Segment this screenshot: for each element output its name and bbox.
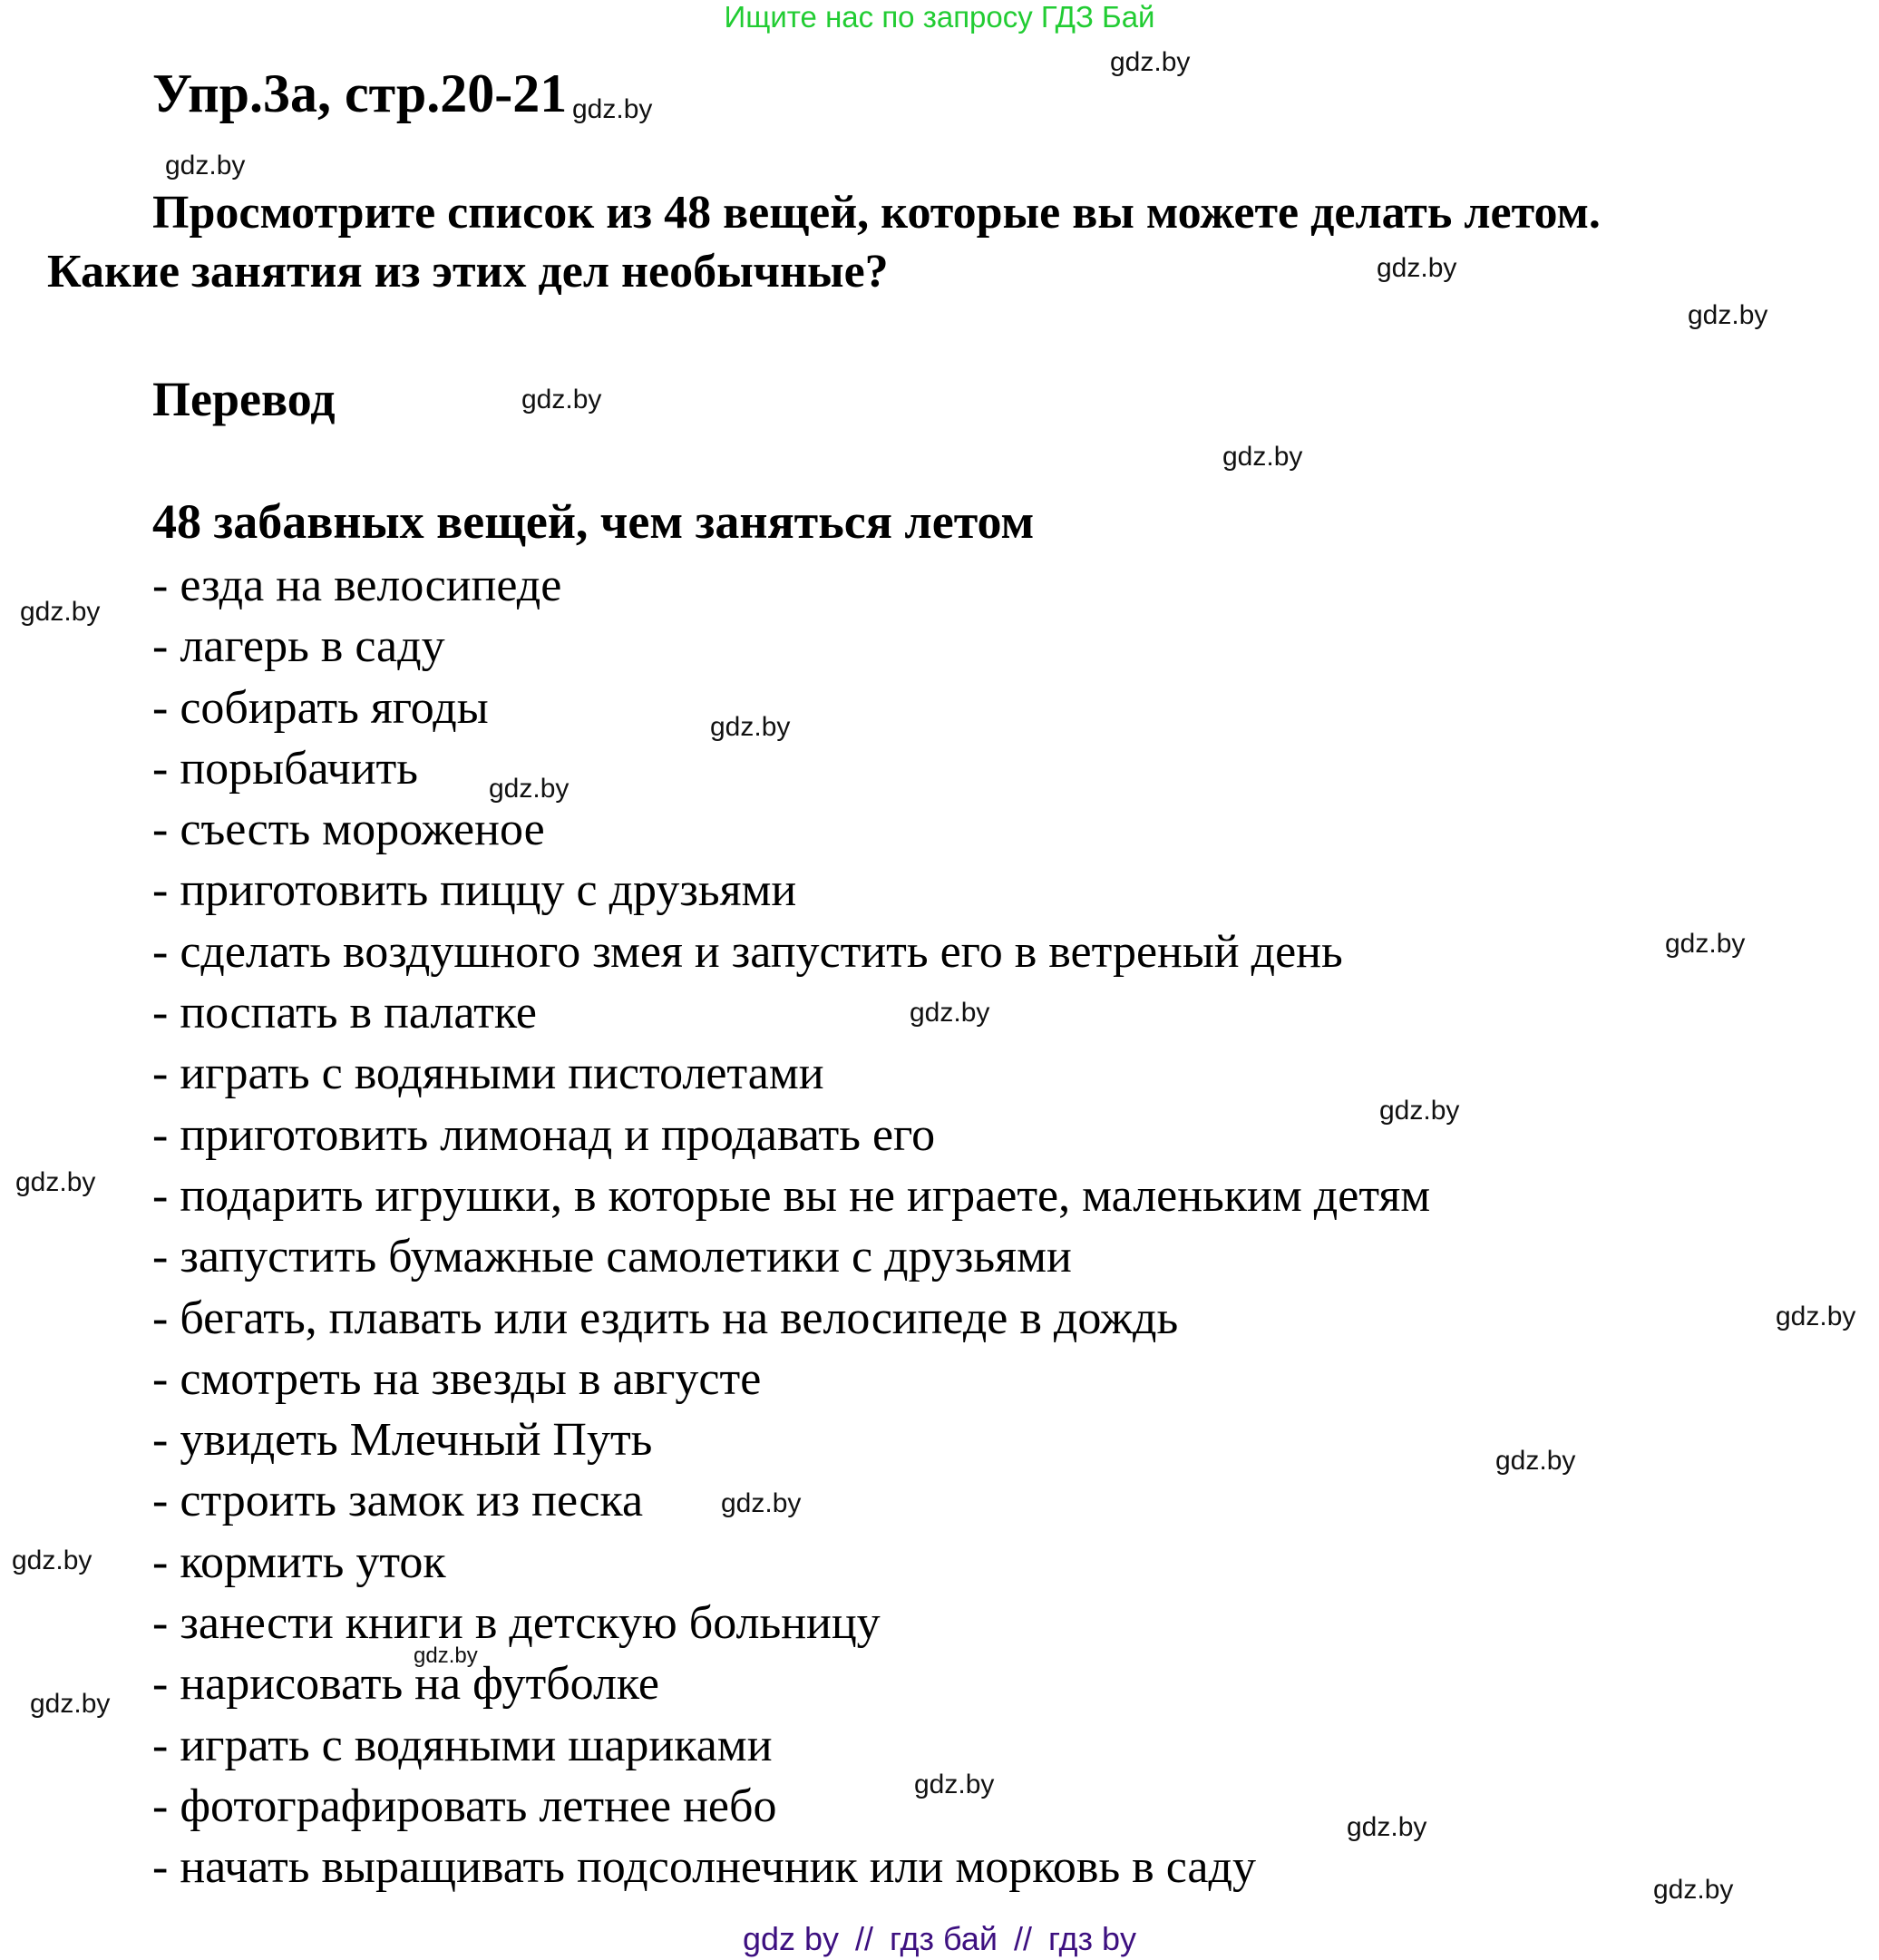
list-item: - собирать ягоды: [152, 678, 1430, 738]
list-item: - бегать, плавать или ездить на велосипе…: [152, 1288, 1430, 1349]
watermark: gdz.by: [12, 1546, 92, 1576]
list-item: - смотреть на звезды в августе: [152, 1349, 1430, 1409]
watermark: gdz.by: [1222, 442, 1302, 473]
watermark: gdz.by: [30, 1689, 110, 1720]
watermark: gdz.by: [1377, 253, 1456, 284]
watermark: gdz.by: [489, 774, 569, 804]
watermark: gdz.by: [521, 385, 601, 415]
list-item: - порыбачить: [152, 738, 1430, 799]
watermark: gdz.by: [20, 597, 100, 628]
watermark: gdz.by: [1665, 929, 1745, 960]
watermark: gdz.by: [914, 1770, 994, 1800]
list-item: - занести книги в детскую больницу: [152, 1593, 1430, 1653]
watermark: gdz.by: [572, 94, 652, 125]
list-item: - приготовить лимонад и продавать его: [152, 1105, 1430, 1165]
list-item: - нарисовать на футболке: [152, 1653, 1430, 1714]
translation-label: Перевод: [152, 372, 336, 426]
footer-separator: //: [998, 1920, 1048, 1957]
watermark: gdz.by: [710, 712, 790, 743]
watermark: gdz.by: [1688, 300, 1767, 331]
list-item: - подарить игрушки, в которые вы не игра…: [152, 1165, 1430, 1226]
list-item: - играть с водяными шариками: [152, 1715, 1430, 1776]
search-banner: Ищите нас по запросу ГДЗ Бай: [0, 0, 1879, 34]
footer-link-gdz-by[interactable]: gdz by: [743, 1920, 839, 1957]
watermark: gdz.by: [1653, 1875, 1733, 1906]
list-item: - кормить уток: [152, 1532, 1430, 1593]
list-heading: 48 забавных вещей, чем заняться летом: [152, 494, 1034, 549]
footer-link-gdz-by-cyr[interactable]: гдз by: [1048, 1920, 1136, 1957]
watermark: gdz.by: [1495, 1446, 1575, 1477]
watermark: gdz.by: [1379, 1096, 1459, 1126]
list-item: - увидеть Млечный Путь: [152, 1409, 1430, 1470]
instruction-line-1: Просмотрите список из 48 вещей, которые …: [152, 186, 1601, 240]
activities-list: - езда на велосипеде - лагерь в саду - с…: [152, 555, 1430, 1898]
list-item: - фотографировать летнее небо: [152, 1776, 1430, 1837]
list-item: - сделать воздушного змея и запустить ег…: [152, 921, 1430, 982]
footer-link-gdz-bai[interactable]: гдз бай: [890, 1920, 998, 1957]
list-item: - начать выращивать подсолнечник или мор…: [152, 1837, 1430, 1897]
watermark: gdz.by: [165, 151, 245, 181]
list-item: - поспать в палатке: [152, 982, 1430, 1043]
list-item: - езда на велосипеде: [152, 555, 1430, 616]
exercise-title: Упр.3а, стр.20-21: [152, 63, 567, 123]
list-item: - лагерь в саду: [152, 616, 1430, 677]
watermark: gdz.by: [15, 1167, 95, 1198]
watermark: gdz.by: [910, 998, 989, 1029]
list-item: - съесть мороженое: [152, 799, 1430, 860]
watermark: gdz.by: [1347, 1812, 1426, 1843]
footer-links: gdz by//гдз бай//гдз by: [0, 1921, 1879, 1957]
list-item: - приготовить пиццу с друзьями: [152, 860, 1430, 921]
watermark: gdz.by: [1776, 1302, 1855, 1332]
watermark: gdz.by: [1110, 47, 1190, 78]
watermark: gdz.by: [414, 1641, 478, 1672]
search-banner-text: Ищите нас по запросу ГДЗ Бай: [725, 0, 1155, 34]
list-item: - играть с водяными пистолетами: [152, 1043, 1430, 1104]
footer-separator: //: [839, 1920, 890, 1957]
watermark: gdz.by: [721, 1488, 801, 1519]
instruction-line-2: Какие занятия из этих дел необычные?: [47, 245, 889, 299]
list-item: - запустить бумажные самолетики с друзья…: [152, 1226, 1430, 1287]
